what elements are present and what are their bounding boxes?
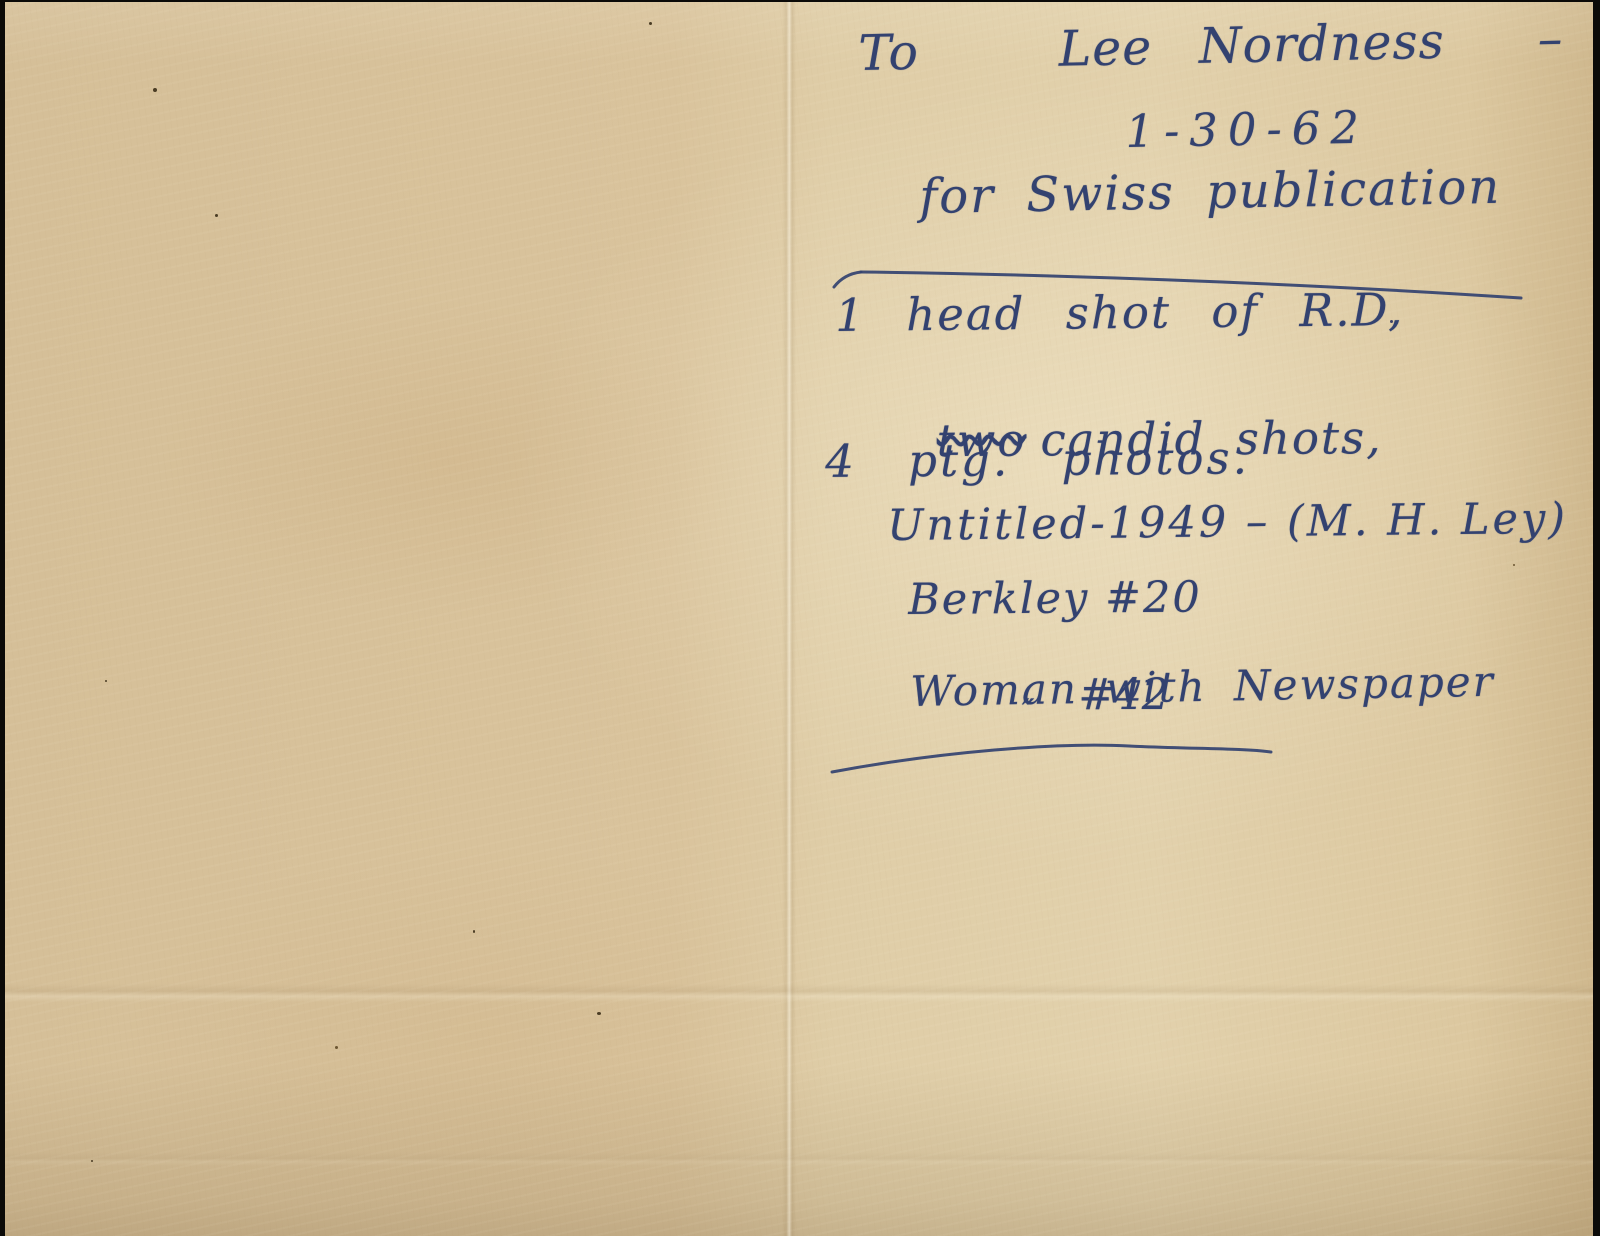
note-paper: To Lee Nordness – 1-30-62 for Swiss publ…: [5, 2, 1593, 1236]
note-recipient-line: To Lee Nordness –: [858, 11, 1564, 82]
painting-untitled-1949: Untitled-1949 – (M. H. Ley): [887, 495, 1568, 552]
speck: [105, 680, 107, 682]
note-date: 1-30-62: [1125, 102, 1369, 158]
speck: [649, 22, 652, 25]
speck: [91, 1160, 93, 1162]
speck: [473, 930, 475, 933]
list-item-head-shot: 1 head shot of R.D,: [835, 284, 1405, 342]
horizontal-fold-crease: [5, 984, 1593, 1002]
painting-berkley-20: Berkley #20: [908, 573, 1202, 625]
speck: [215, 214, 218, 217]
list-item-ptg-photos: 4 ptg. photos.: [825, 432, 1250, 487]
speck: [1513, 564, 1515, 566]
horizontal-fold-crease-lower: [5, 1152, 1593, 1166]
note-purpose-line: for Swiss publication: [919, 160, 1502, 225]
speck: [335, 1046, 338, 1049]
ink-divider-bottom: [829, 740, 1279, 778]
painting-woman-with-newspaper: Woman with Newspaper: [910, 658, 1495, 716]
speck: [597, 1012, 601, 1015]
speck: [153, 88, 157, 92]
vertical-fold-crease: [782, 2, 796, 1236]
